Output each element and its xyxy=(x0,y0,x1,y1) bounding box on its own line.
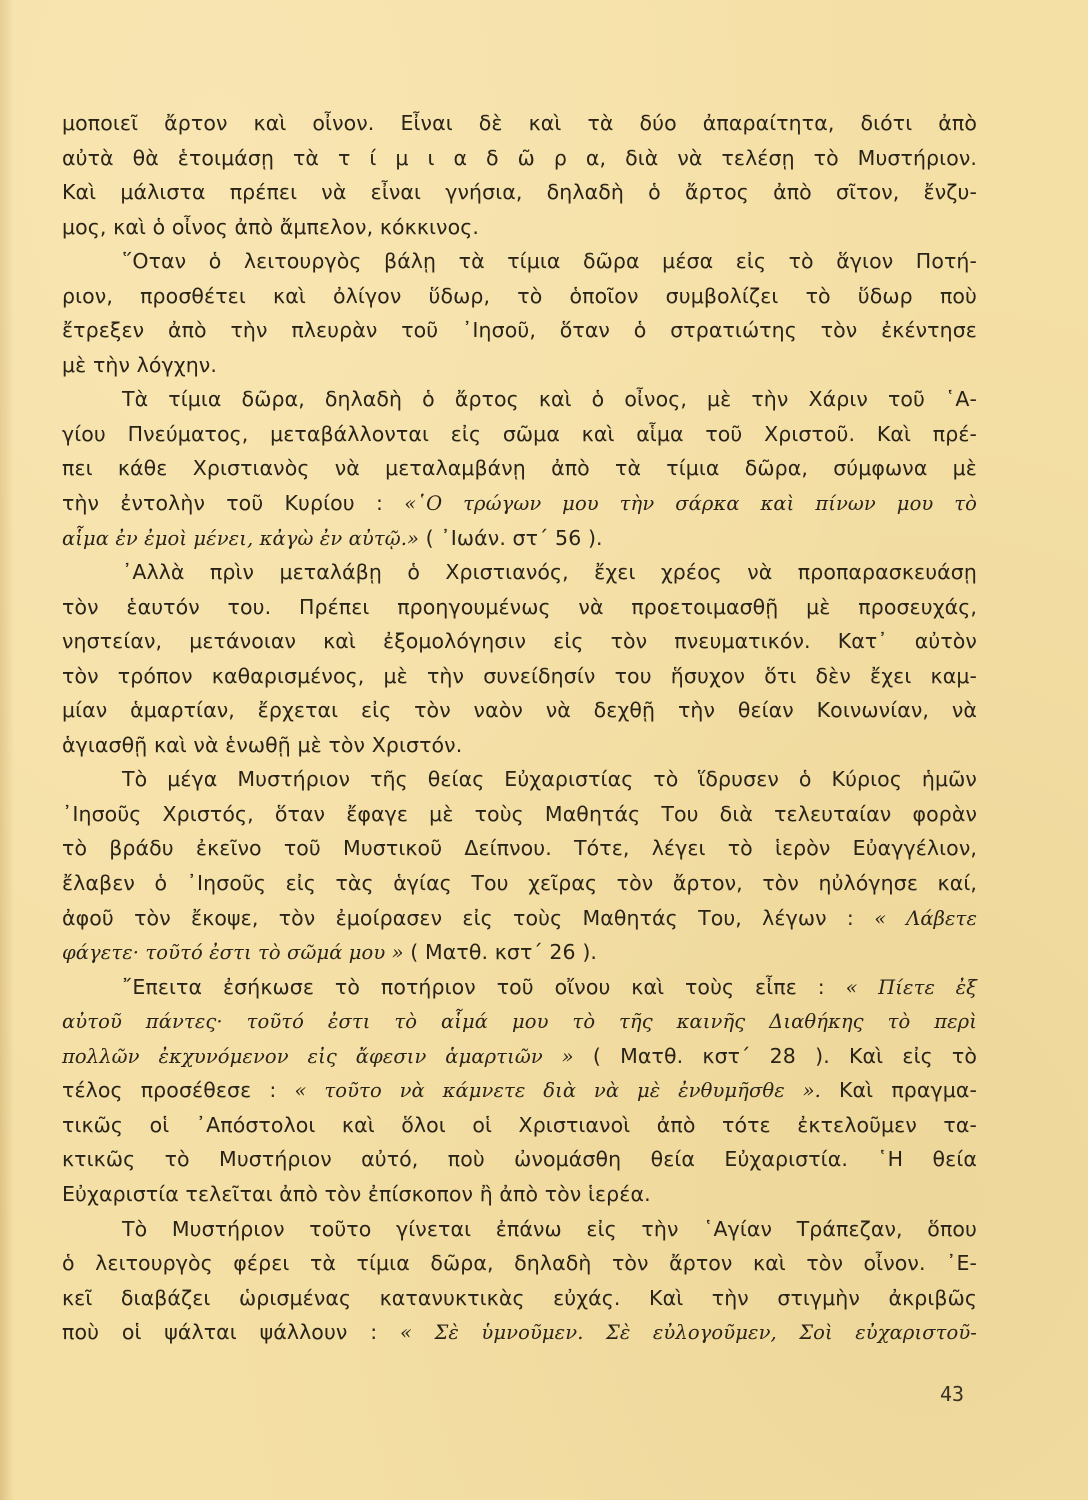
text-line: ἔτρεξεν ἀπὸ τὴν πλευρὰν τοῦ ᾿Ιησοῦ, ὅταν… xyxy=(62,313,977,348)
text-line: Εὐχαριστία τελεῖται ἀπὸ τὸν ἐπίσκοπον ἢ … xyxy=(62,1177,977,1212)
text-line: πολλῶν ἐκχυνόμενον εἰς ἄφεσιν ἁμαρτιῶν »… xyxy=(62,1039,977,1074)
scanned-book-page: μοποιεῖ ἄρτον καὶ οἶνον. Εἶναι δὲ καὶ τὰ… xyxy=(0,0,1088,1500)
text-line: Τὸ Μυστήριον τοῦτο γίνεται ἐπάνω εἰς τὴν… xyxy=(62,1212,977,1247)
text-run: ᾿Αλλὰ πρὶν μεταλάβῃ ὁ Χριστιανός, ἔχει χ… xyxy=(122,560,977,584)
text-line: γίου Πνεύματος, μεταβάλλονται εἰς σῶμα κ… xyxy=(62,417,977,452)
text-line: Καὶ μάλιστα πρέπει νὰ εἶναι γνήσια, δηλα… xyxy=(62,175,977,210)
text-run: κτικῶς τὸ Μυστήριον αὐτό, ποὺ ὠνομάσθη θ… xyxy=(62,1147,977,1171)
text-line: τὸν τρόπον καθαρισμένος, μὲ τὴν συνείδησ… xyxy=(62,659,977,694)
text-line: αὐτοῦ πάντες· τοῦτό ἐστι τὸ αἷμά μου τὸ … xyxy=(62,1004,977,1039)
text-run: αὐτὰ θὰ ἑτοιμάσῃ τὰ τ ί μ ι α δ ῶ ρ α, δ… xyxy=(62,146,977,170)
quotation-italic: φάγετε· τοῦτό ἐστι τὸ σῶμά μου » xyxy=(62,941,404,964)
text-run: ῎Επειτα ἐσήκωσε τὸ ποτήριον τοῦ οἴνου κα… xyxy=(122,975,846,999)
text-run: ἔλαβεν ὁ ᾿Ιησοῦς εἰς τὰς ἁγίας Του χεῖρα… xyxy=(62,871,977,895)
text-run: μος, καὶ ὁ οἶνος ἀπὸ ἄμπελον, κόκκινος. xyxy=(62,215,479,239)
text-line: αὐτὰ θὰ ἑτοιμάσῃ τὰ τ ί μ ι α δ ῶ ρ α, δ… xyxy=(62,141,977,176)
text-line: μὲ τὴν λόγχην. xyxy=(62,348,977,383)
text-run: ἔτρεξεν ἀπὸ τὴν πλευρὰν τοῦ ᾿Ιησοῦ, ὅταν… xyxy=(62,318,977,342)
text-run: τὸν ἑαυτόν του. Πρέπει προηγουμένως νὰ π… xyxy=(62,595,977,619)
text-run: νηστείαν, μετάνοιαν καὶ ἐξομολόγησιν εἰς… xyxy=(62,629,977,653)
text-run: τὴν ἐντολὴν τοῦ Κυρίου : xyxy=(62,491,404,515)
text-line: ποὺ οἱ ψάλται ψάλλουν : « Σὲ ὑμνοῦμεν. Σ… xyxy=(62,1315,977,1350)
text-run: ᾿Ιησοῦς Χριστός, ὅταν ἔφαγε μὲ τοὺς Μαθη… xyxy=(62,802,977,826)
text-line: μίαν ἁμαρτίαν, ἔρχεται εἰς τὸν ναὸν νὰ δ… xyxy=(62,693,977,728)
text-line: ᾿Αλλὰ πρὶν μεταλάβῃ ὁ Χριστιανός, ἔχει χ… xyxy=(62,555,977,590)
text-run: κεῖ διαβάζει ὡρισμένας κατανυκτικὰς εὐχά… xyxy=(62,1286,977,1310)
text-run: Τὰ τίμια δῶρα, δηλαδὴ ὁ ἄρτος καὶ ὁ οἶνο… xyxy=(122,387,977,411)
text-line: ὁ λειτουργὸς φέρει τὰ τίμια δῶρα, δηλαδὴ… xyxy=(62,1246,977,1281)
text-run: ριον, προσθέτει καὶ ὀλίγον ὕδωρ, τὸ ὁποῖ… xyxy=(62,284,977,308)
text-run: Καὶ πραγμα- xyxy=(821,1078,977,1102)
text-run: μὲ τὴν λόγχην. xyxy=(62,353,217,377)
text-line: κτικῶς τὸ Μυστήριον αὐτό, ποὺ ὠνομάσθη θ… xyxy=(62,1142,977,1177)
text-line: ἁγιασθῇ καὶ νὰ ἑνωθῇ μὲ τὸν Χριστόν. xyxy=(62,728,977,763)
quotation-italic: « Σὲ ὑμνοῦμεν. Σὲ εὐλογοῦμεν, Σοὶ εὐχαρι… xyxy=(400,1321,977,1344)
quotation-italic: «῾Ο τρώγων μου τὴν σάρκα καὶ πίνων μου τ… xyxy=(404,492,977,515)
text-line: Τὸ μέγα Μυστήριον τῆς θείας Εὐχαριστίας … xyxy=(62,762,977,797)
text-run: ( Ματθ. κστ΄ 28 ). Καὶ εἰς τὸ xyxy=(574,1044,977,1068)
text-run: ὁ λειτουργὸς φέρει τὰ τίμια δῶρα, δηλαδὴ… xyxy=(62,1251,977,1275)
text-line: μος, καὶ ὁ οἶνος ἀπὸ ἄμπελον, κόκκινος. xyxy=(62,210,977,245)
text-run: ( Ματθ. κστ΄ 26 ). xyxy=(404,940,597,964)
text-line: κεῖ διαβάζει ὡρισμένας κατανυκτικὰς εὐχά… xyxy=(62,1281,977,1316)
text-line: ῎Επειτα ἐσήκωσε τὸ ποτήριον τοῦ οἴνου κα… xyxy=(62,970,977,1005)
text-line: τέλος προσέθεσε : « τοῦτο νὰ κάμνετε διὰ… xyxy=(62,1073,977,1108)
body-text: μοποιεῖ ἄρτον καὶ οἶνον. Εἶναι δὲ καὶ τὰ… xyxy=(62,106,977,1350)
text-line: αἷμα ἐν ἐμοὶ μένει, κἀγὼ ἐν αὐτῷ.» ( ᾿Ιω… xyxy=(62,521,977,556)
text-line: μοποιεῖ ἄρτον καὶ οἶνον. Εἶναι δὲ καὶ τὰ… xyxy=(62,106,977,141)
text-run: τὸ βράδυ ἐκεῖνο τοῦ Μυστικοῦ Δείπνου. Τό… xyxy=(62,836,977,860)
text-line: τικῶς οἱ ᾿Απόστολοι καὶ ὅλοι οἱ Χριστιαν… xyxy=(62,1108,977,1143)
text-line: ἔλαβεν ὁ ᾿Ιησοῦς εἰς τὰς ἁγίας Του χεῖρα… xyxy=(62,866,977,901)
text-run: πει κάθε Χριστιανὸς νὰ μεταλαμβάνῃ ἀπὸ τ… xyxy=(62,456,977,480)
text-run: Καὶ μάλιστα πρέπει νὰ εἶναι γνήσια, δηλα… xyxy=(62,180,977,204)
text-line: Τὰ τίμια δῶρα, δηλαδὴ ὁ ἄρτος καὶ ὁ οἶνο… xyxy=(62,382,977,417)
page-number: 43 xyxy=(940,1382,964,1406)
text-run: τικῶς οἱ ᾿Απόστολοι καὶ ὅλοι οἱ Χριστιαν… xyxy=(62,1113,977,1137)
text-line: ῞Οταν ὁ λειτουργὸς βάλῃ τὰ τίμια δῶρα μέ… xyxy=(62,244,977,279)
text-run: ἁγιασθῇ καὶ νὰ ἑνωθῇ μὲ τὸν Χριστόν. xyxy=(62,733,462,757)
text-line: ᾿Ιησοῦς Χριστός, ὅταν ἔφαγε μὲ τοὺς Μαθη… xyxy=(62,797,977,832)
text-run: ῞Οταν ὁ λειτουργὸς βάλῃ τὰ τίμια δῶρα μέ… xyxy=(122,249,977,273)
text-line: τὴν ἐντολὴν τοῦ Κυρίου : «῾Ο τρώγων μου … xyxy=(62,486,977,521)
quotation-italic: « Πίετε ἐξ xyxy=(846,976,977,999)
text-run: ποὺ οἱ ψάλται ψάλλουν : xyxy=(62,1320,400,1344)
quotation-italic: « τοῦτο νὰ κάμνετε διὰ νὰ μὲ ἐνθυμῆσθε »… xyxy=(295,1079,821,1102)
text-run: Εὐχαριστία τελεῖται ἀπὸ τὸν ἐπίσκοπον ἢ … xyxy=(62,1182,651,1206)
text-line: πει κάθε Χριστιανὸς νὰ μεταλαμβάνῃ ἀπὸ τ… xyxy=(62,451,977,486)
text-run: ( ᾿Ιωάν. στ΄ 56 ). xyxy=(419,526,603,550)
text-line: φάγετε· τοῦτό ἐστι τὸ σῶμά μου » ( Ματθ.… xyxy=(62,935,977,970)
text-run: τὸν τρόπον καθαρισμένος, μὲ τὴν συνείδησ… xyxy=(62,664,977,688)
text-run: μίαν ἁμαρτίαν, ἔρχεται εἰς τὸν ναὸν νὰ δ… xyxy=(62,698,977,722)
text-run: τέλος προσέθεσε : xyxy=(62,1078,295,1102)
quotation-italic: αὐτοῦ πάντες· τοῦτό ἐστι τὸ αἷμά μου τὸ … xyxy=(62,1010,977,1033)
text-line: τὸ βράδυ ἐκεῖνο τοῦ Μυστικοῦ Δείπνου. Τό… xyxy=(62,831,977,866)
text-line: τὸν ἑαυτόν του. Πρέπει προηγουμένως νὰ π… xyxy=(62,590,977,625)
quotation-italic: αἷμα ἐν ἐμοὶ μένει, κἀγὼ ἐν αὐτῷ.» xyxy=(62,527,419,550)
text-run: Τὸ Μυστήριον τοῦτο γίνεται ἐπάνω εἰς τὴν… xyxy=(122,1217,977,1241)
text-line: νηστείαν, μετάνοιαν καὶ ἐξομολόγησιν εἰς… xyxy=(62,624,977,659)
text-line: ἀφοῦ τὸν ἔκοψε, τὸν ἐμοίρασεν εἰς τοὺς Μ… xyxy=(62,901,977,936)
text-line: ριον, προσθέτει καὶ ὀλίγον ὕδωρ, τὸ ὁποῖ… xyxy=(62,279,977,314)
text-run: Τὸ μέγα Μυστήριον τῆς θείας Εὐχαριστίας … xyxy=(122,767,977,791)
text-run: ἀφοῦ τὸν ἔκοψε, τὸν ἐμοίρασεν εἰς τοὺς Μ… xyxy=(62,906,874,930)
text-run: μοποιεῖ ἄρτον καὶ οἶνον. Εἶναι δὲ καὶ τὰ… xyxy=(62,111,977,135)
quotation-italic: « Λάβετε xyxy=(874,907,977,930)
text-run: γίου Πνεύματος, μεταβάλλονται εἰς σῶμα κ… xyxy=(62,422,977,446)
quotation-italic: πολλῶν ἐκχυνόμενον εἰς ἄφεσιν ἁμαρτιῶν » xyxy=(62,1045,574,1068)
